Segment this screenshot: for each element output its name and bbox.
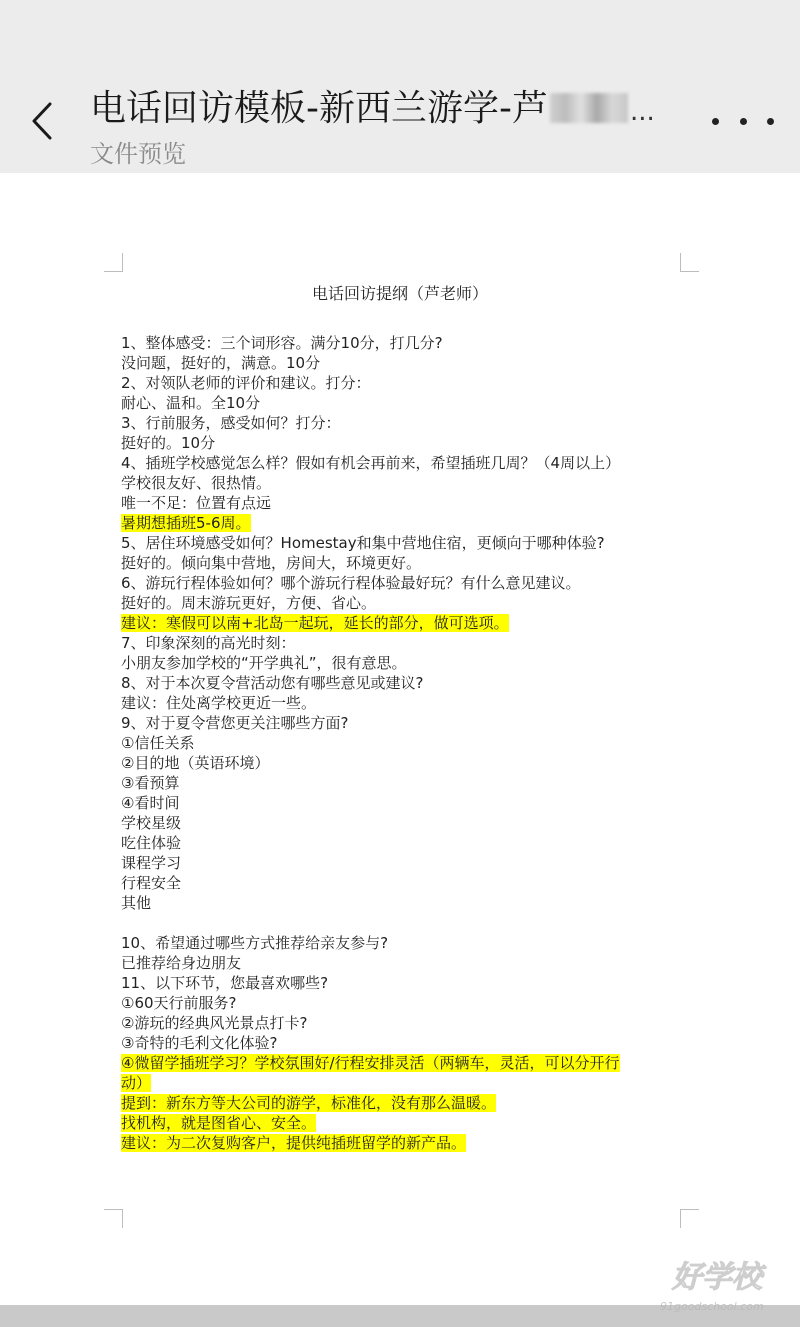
document-line: ④微留学插班学习？学校氛围好/行程安排灵活（两辆车，灵活，可以分开行 xyxy=(121,1053,696,1073)
highlighted-text: 找机构，就是图省心、安全。 xyxy=(121,1114,316,1132)
line-text: ②游玩的经典风光景点打卡? xyxy=(121,1014,307,1032)
document-line: 已推荐给身边朋友 xyxy=(121,953,696,973)
line-text: ②目的地（英语环境） xyxy=(121,754,269,772)
line-text: 9、对于夏令营您更关注哪些方面? xyxy=(121,714,349,732)
page-corner-mark xyxy=(104,1209,123,1228)
document-line: 课程学习 xyxy=(121,853,696,873)
document-line: 吃住体验 xyxy=(121,833,696,853)
highlighted-text: ④微留学插班学习？学校氛围好/行程安排灵活（两辆车，灵活，可以分开行 xyxy=(121,1054,620,1072)
line-text: 耐心、温和。全10分 xyxy=(121,394,260,412)
page-corner-mark xyxy=(680,253,699,272)
document-line: ①60天行前服务? xyxy=(121,993,696,1013)
document-line: 9、对于夏令营您更关注哪些方面? xyxy=(121,713,696,733)
line-text: 6、游玩行程体验如何？哪个游玩行程体验最好玩？有什么意见建议。 xyxy=(121,574,581,592)
document-line: 挺好的。周末游玩更好，方便、省心。 xyxy=(121,593,696,613)
document-line: 其他 xyxy=(121,893,696,913)
line-text: ③看预算 xyxy=(121,774,179,792)
line-text: 其他 xyxy=(121,894,151,912)
document-line: ③看预算 xyxy=(121,773,696,793)
document-line: 行程安全 xyxy=(121,873,696,893)
document-line: 8、对于本次夏令营活动您有哪些意见或建议? xyxy=(121,673,696,693)
line-text: 5、居住环境感受如何？Homestay和集中营地住宿，更倾向于哪种体验? xyxy=(121,534,605,552)
line-text: ③奇特的毛利文化体验? xyxy=(121,1034,277,1052)
document-heading: 电话回访提纲（芦老师） xyxy=(0,281,800,304)
file-title: 电话回访模板-新西兰游学-芦 xyxy=(90,88,548,129)
line-text: 1、整体感受：三个词形容。满分10分，打几分? xyxy=(121,334,443,352)
document-line: 5、居住环境感受如何？Homestay和集中营地住宿，更倾向于哪种体验? xyxy=(121,533,696,553)
file-preview-label: 文件预览 xyxy=(90,134,186,169)
line-text: 3、行前服务，感受如何？打分： xyxy=(121,414,341,432)
watermark: 好学校 91goodschool.com xyxy=(620,1252,790,1320)
line-text: 10、希望通过哪些方式推荐给亲友参与? xyxy=(121,934,388,952)
line-text: ①信任关系 xyxy=(121,734,194,752)
document-title-bar: 电话回访模板-新西兰游学-芦... xyxy=(90,80,655,131)
app-header: 电话回访模板-新西兰游学-芦... 文件预览 xyxy=(0,0,800,173)
document-line: 4、插班学校感觉怎么样？假如有机会再前来，希望插班几周？（4周以上） xyxy=(121,453,696,473)
document-line: 动） xyxy=(121,1073,696,1093)
highlighted-text: 动） xyxy=(121,1074,151,1092)
line-text: 学校很友好、很热情。 xyxy=(121,474,271,492)
document-line: 建议：住处离学校更近一些。 xyxy=(121,693,696,713)
document-line: 2、对领队老师的评价和建议。打分： xyxy=(121,373,696,393)
page-corner-mark xyxy=(680,1209,699,1228)
document-line: 挺好的。倾向集中营地，房间大，环境更好。 xyxy=(121,553,696,573)
document-line: ④看时间 xyxy=(121,793,696,813)
line-text: 挺好的。倾向集中营地，房间大，环境更好。 xyxy=(121,554,421,572)
document-line: 暑期想插班5-6周。 xyxy=(121,513,696,533)
document-line: 挺好的。10分 xyxy=(121,433,696,453)
highlighted-text: 建议：寒假可以南+北岛一起玩，延长的部分，做可选项。 xyxy=(121,614,509,632)
document-page[interactable]: 电话回访提纲（芦老师） 1、整体感受：三个词形容。满分10分，打几分?没问题，挺… xyxy=(0,173,800,1305)
title-ellipsis: ... xyxy=(630,97,655,127)
document-line: 小朋友参加学校的“开学典礼”，很有意思。 xyxy=(121,653,696,673)
line-text: 行程安全 xyxy=(121,874,181,892)
line-text: 11、以下环节，您最喜欢哪些? xyxy=(121,974,328,992)
document-line: 唯一不足：位置有点远 xyxy=(121,493,696,513)
line-text: 课程学习 xyxy=(121,854,181,872)
watermark-logo: 好学校 xyxy=(672,1252,762,1296)
document-line xyxy=(121,913,696,933)
more-options-button[interactable] xyxy=(712,106,774,136)
line-text: 吃住体验 xyxy=(121,834,181,852)
line-text: 学校星级 xyxy=(121,814,181,832)
line-text: 2、对领队老师的评价和建议。打分： xyxy=(121,374,371,392)
chevron-left-icon xyxy=(26,98,66,144)
document-line: 提到：新东方等大公司的游学，标准化，没有那么温暖。 xyxy=(121,1093,696,1113)
line-text: 8、对于本次夏令营活动您有哪些意见或建议? xyxy=(121,674,424,692)
document-line: 找机构，就是图省心、安全。 xyxy=(121,1113,696,1133)
blurred-name xyxy=(550,93,628,123)
document-line: 建议：为二次复购客户，提供纯插班留学的新产品。 xyxy=(121,1133,696,1153)
more-horizontal-icon xyxy=(740,118,747,125)
line-text: 小朋友参加学校的“开学典礼”，很有意思。 xyxy=(121,654,407,672)
line-text: 4、插班学校感觉怎么样？假如有机会再前来，希望插班几周？（4周以上） xyxy=(121,454,620,472)
document-line: 6、游玩行程体验如何？哪个游玩行程体验最好玩？有什么意见建议。 xyxy=(121,573,696,593)
document-line: ②目的地（英语环境） xyxy=(121,753,696,773)
line-text: ①60天行前服务? xyxy=(121,994,237,1012)
document-line: ③奇特的毛利文化体验? xyxy=(121,1033,696,1053)
document-line: 11、以下环节，您最喜欢哪些? xyxy=(121,973,696,993)
line-text: ④看时间 xyxy=(121,794,179,812)
back-button[interactable] xyxy=(26,98,66,144)
document-line: 没问题，挺好的，满意。10分 xyxy=(121,353,696,373)
more-horizontal-icon xyxy=(767,118,774,125)
document-line: ②游玩的经典风光景点打卡? xyxy=(121,1013,696,1033)
highlighted-text: 暑期想插班5-6周。 xyxy=(121,514,251,532)
line-text: 没问题，挺好的，满意。10分 xyxy=(121,354,320,372)
document-line: 学校很友好、很热情。 xyxy=(121,473,696,493)
watermark-url: 91goodschool.com xyxy=(660,1300,764,1313)
line-text: 挺好的。周末游玩更好，方便、省心。 xyxy=(121,594,376,612)
more-horizontal-icon xyxy=(712,118,719,125)
document-line: 耐心、温和。全10分 xyxy=(121,393,696,413)
document-line: 3、行前服务，感受如何？打分： xyxy=(121,413,696,433)
highlighted-text: 提到：新东方等大公司的游学，标准化，没有那么温暖。 xyxy=(121,1094,496,1112)
line-text: 建议：住处离学校更近一些。 xyxy=(121,694,316,712)
line-text: 唯一不足：位置有点远 xyxy=(121,494,271,512)
document-line: 1、整体感受：三个词形容。满分10分，打几分? xyxy=(121,333,696,353)
document-line: 建议：寒假可以南+北岛一起玩，延长的部分，做可选项。 xyxy=(121,613,696,633)
highlighted-text: 建议：为二次复购客户，提供纯插班留学的新产品。 xyxy=(121,1134,466,1152)
line-text: 7、印象深刻的高光时刻： xyxy=(121,634,296,652)
document-line: 10、希望通过哪些方式推荐给亲友参与? xyxy=(121,933,696,953)
document-line: ①信任关系 xyxy=(121,733,696,753)
line-text: 已推荐给身边朋友 xyxy=(121,954,241,972)
page-corner-mark xyxy=(104,253,123,272)
document-line: 7、印象深刻的高光时刻： xyxy=(121,633,696,653)
document-line: 学校星级 xyxy=(121,813,696,833)
line-text: 挺好的。10分 xyxy=(121,434,215,452)
document-body: 1、整体感受：三个词形容。满分10分，打几分?没问题，挺好的，满意。10分2、对… xyxy=(121,333,696,1153)
